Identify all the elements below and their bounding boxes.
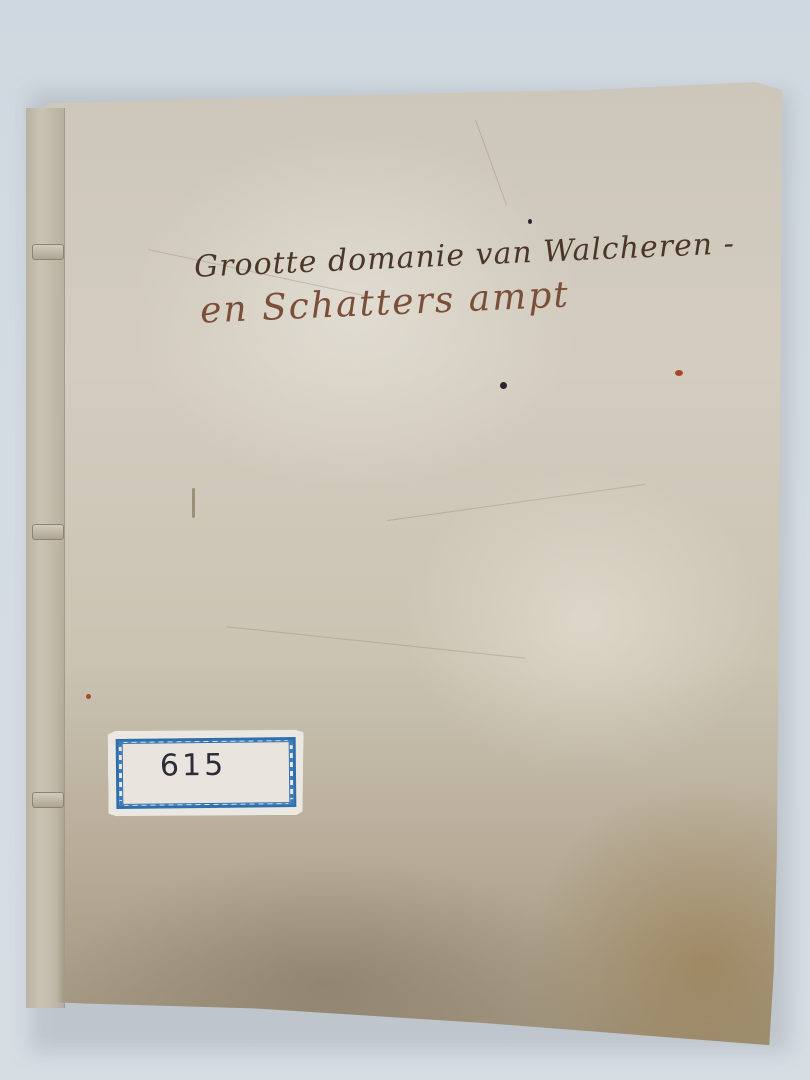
ink-spot (86, 694, 91, 699)
crease (227, 626, 525, 658)
stain-mark (192, 488, 195, 518)
catalog-number: 615 (160, 748, 227, 784)
ink-spot (500, 382, 507, 389)
binding-stitch (32, 792, 64, 808)
binding-stitch (32, 244, 64, 260)
crease (475, 120, 507, 205)
ink-spot (675, 370, 683, 376)
ink-spot (528, 219, 532, 224)
vellum-cover (26, 82, 786, 1047)
crease (387, 484, 645, 521)
catalog-label: 615 (108, 729, 305, 817)
spine (26, 108, 65, 1008)
binding-stitch (32, 524, 64, 540)
